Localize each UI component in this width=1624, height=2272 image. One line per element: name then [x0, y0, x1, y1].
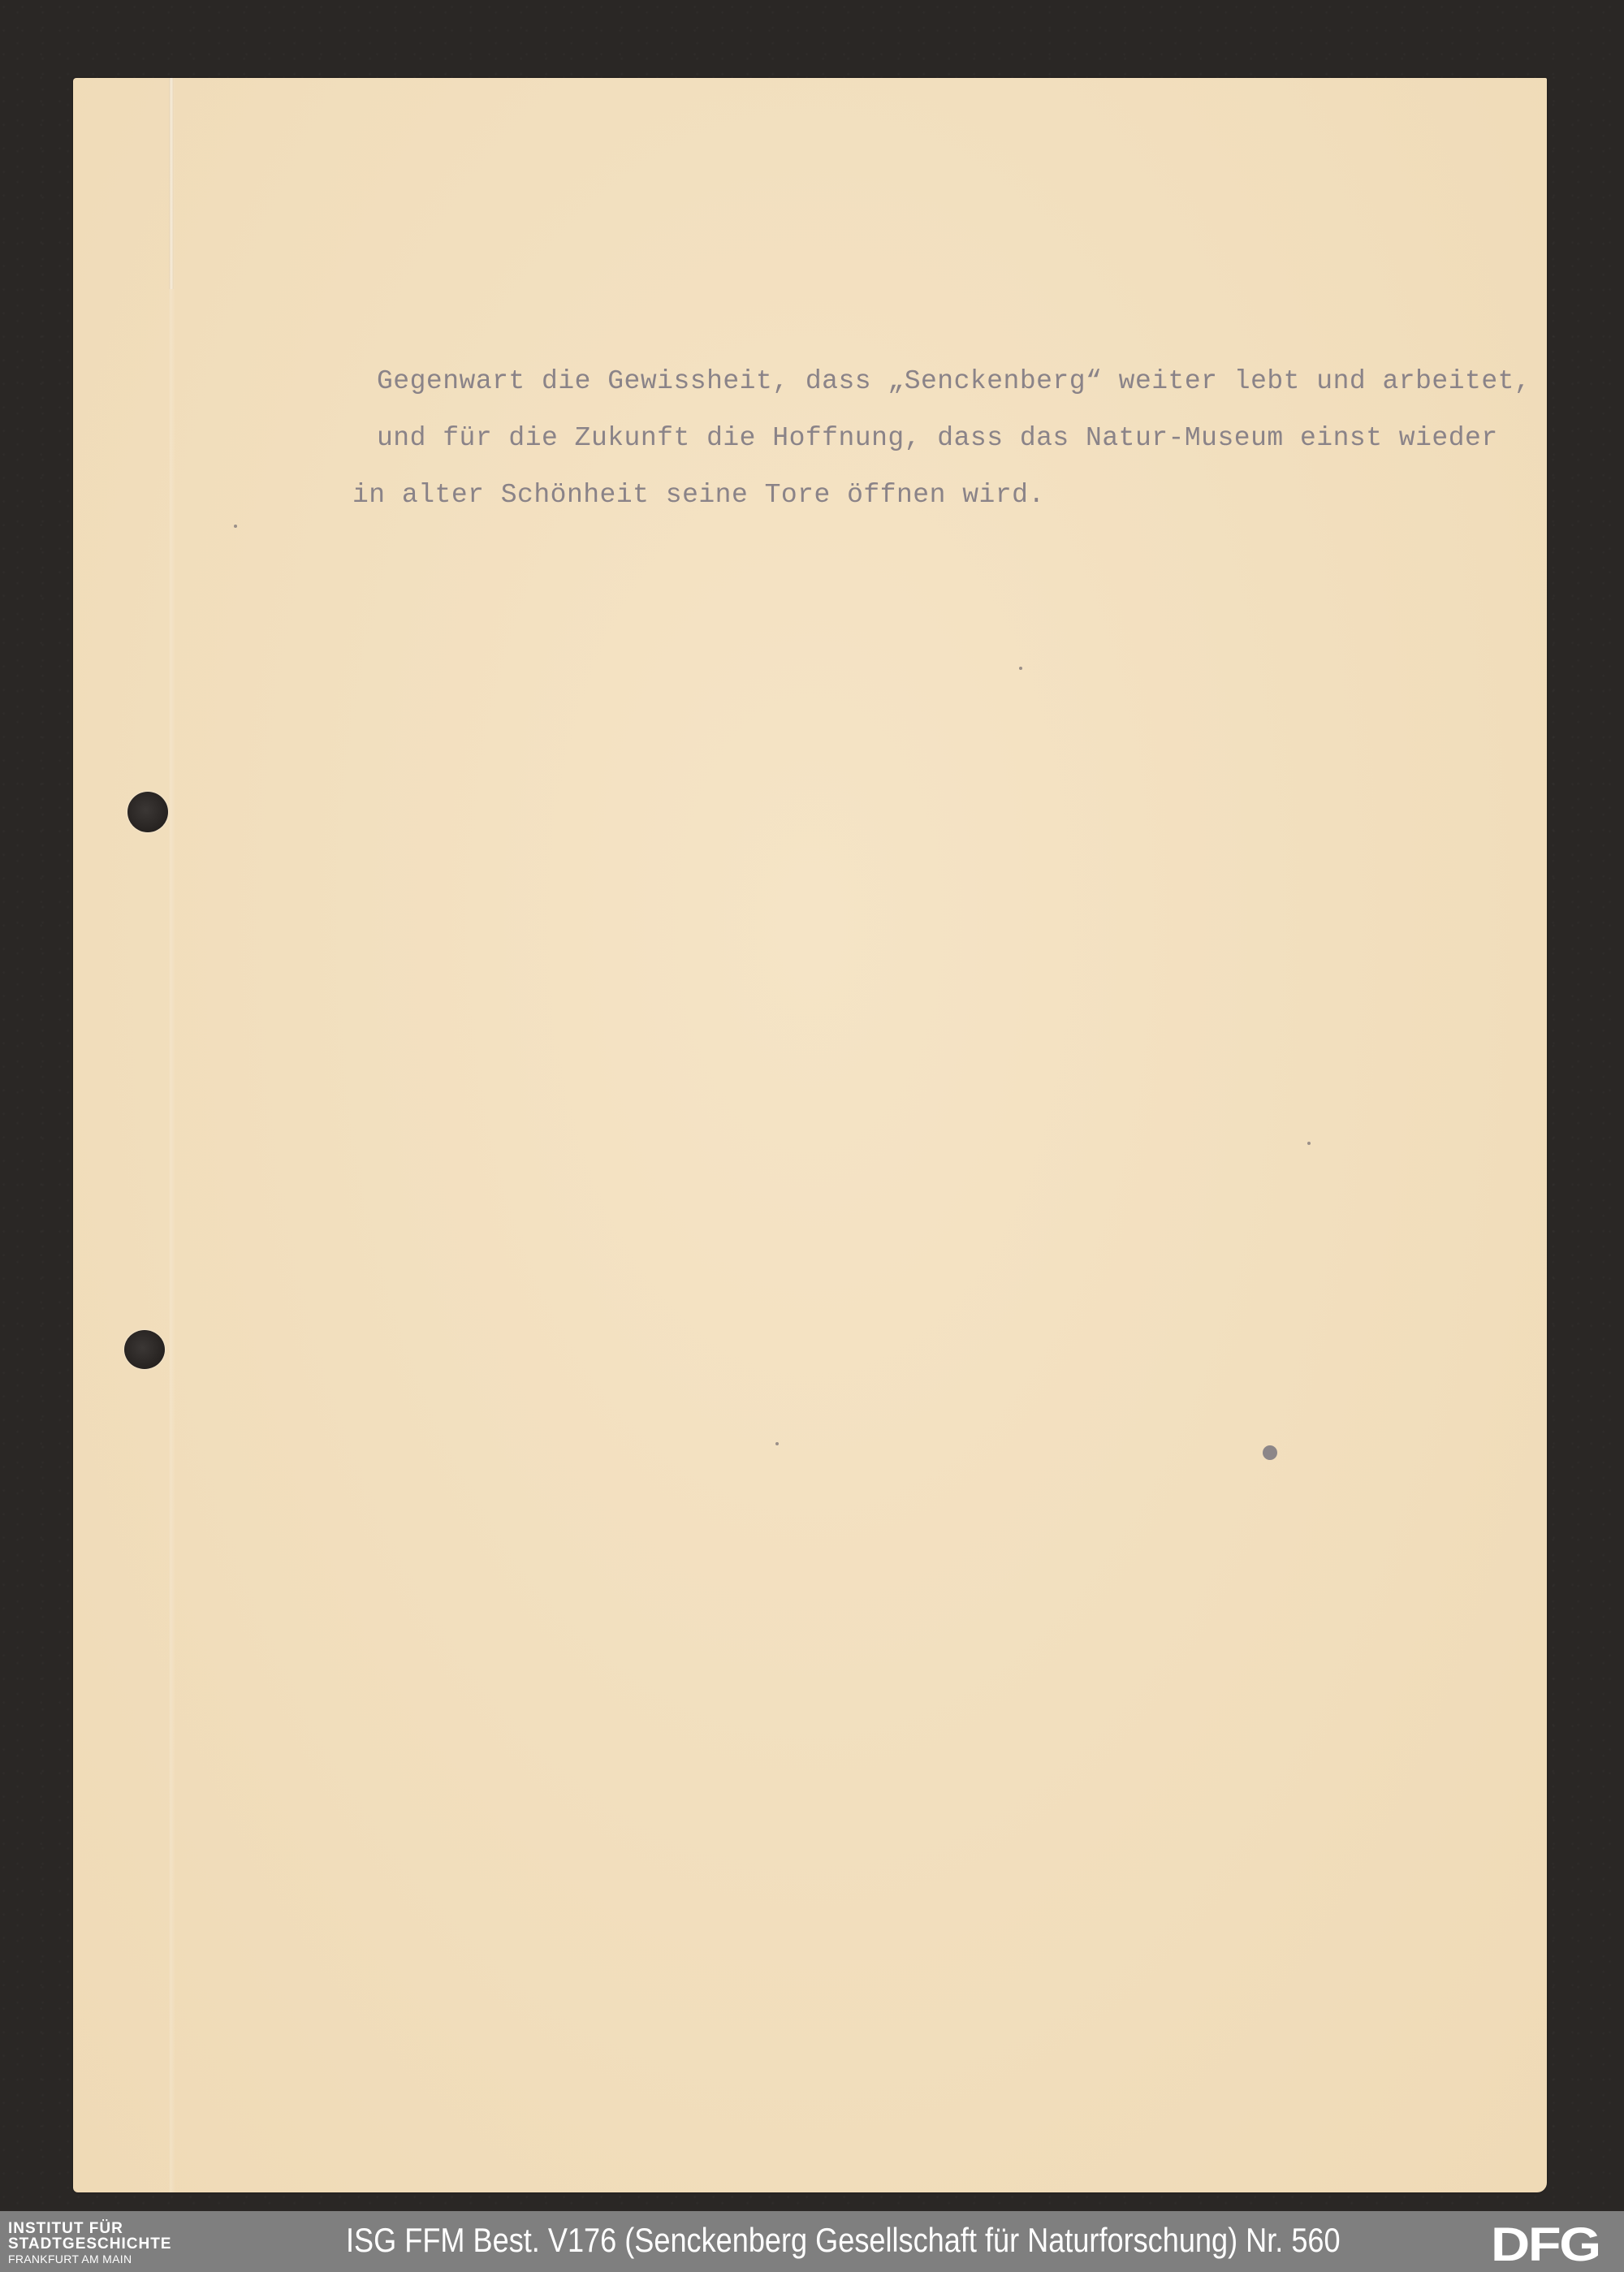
institute-location: FRANKFURT AM MAIN — [8, 2253, 171, 2265]
typed-line: Gegenwart die Gewissheit, dass „Senckenb… — [377, 366, 1531, 396]
institute-name-line2: STADTGESCHICHTE — [8, 2236, 171, 2252]
punch-hole-upper — [127, 792, 168, 832]
paper-speck — [234, 525, 237, 528]
ink-dot — [1263, 1445, 1277, 1460]
paper-speck — [1019, 667, 1022, 670]
typed-line: in alter Schönheit seine Tore öffnen wir… — [352, 480, 1045, 510]
paper-fold-mark — [169, 78, 174, 289]
paper-speck — [775, 1442, 779, 1445]
dfg-logo: DFG — [1491, 2222, 1600, 2269]
institute-logo: INSTITUT FÜR STADTGESCHICHTE FRANKFURT A… — [8, 2221, 171, 2265]
document-page: Gegenwart die Gewissheit, dass „Senckenb… — [73, 78, 1547, 2192]
paper-speck — [1307, 1142, 1311, 1145]
typed-line: und für die Zukunft die Hoffnung, dass d… — [377, 423, 1498, 453]
scan-area: Gegenwart die Gewissheit, dass „Senckenb… — [0, 0, 1624, 2211]
institute-name-line1: INSTITUT FÜR — [8, 2221, 171, 2236]
archive-footer-bar: INSTITUT FÜR STADTGESCHICHTE FRANKFURT A… — [0, 2211, 1624, 2272]
archive-reference-caption: ISG FFM Best. V176 (Senckenberg Gesellsc… — [346, 2221, 1341, 2260]
punch-hole-lower — [124, 1330, 165, 1369]
